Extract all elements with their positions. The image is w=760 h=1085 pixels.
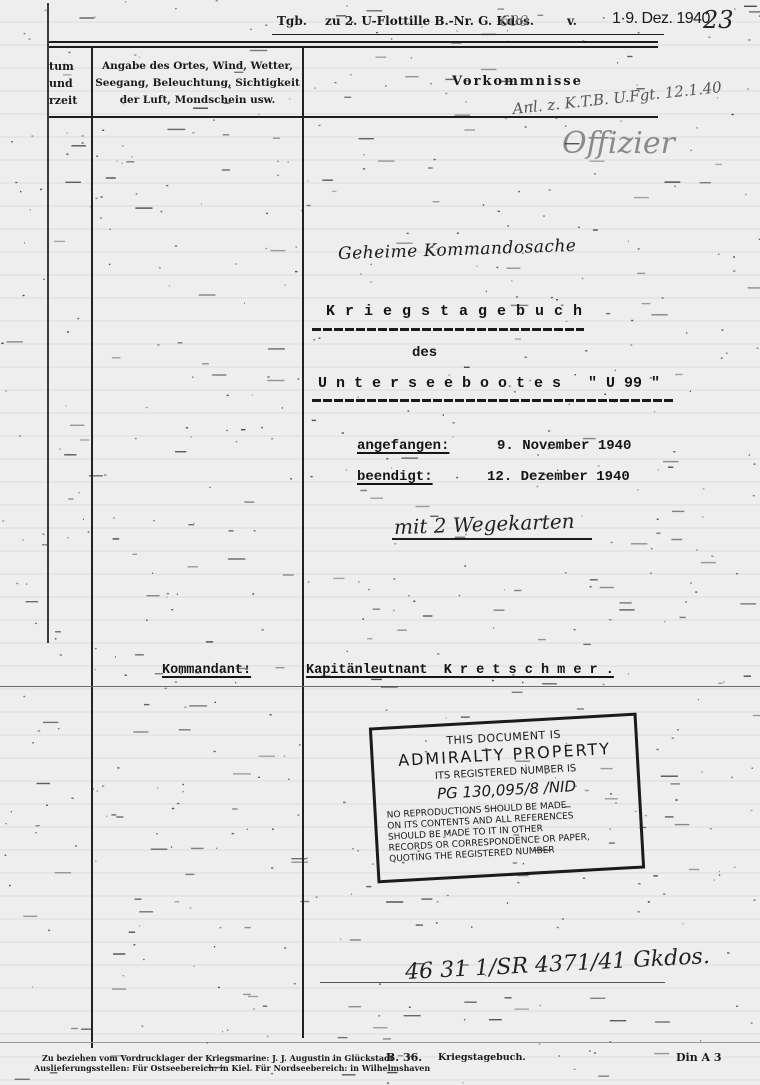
started-label: angefangen: — [357, 438, 449, 454]
footer-rule — [0, 1042, 760, 1043]
document-page: Tgb. zu 2. U-Flottille B.-Nr. G. Kdos. 6… — [0, 0, 760, 1085]
header-bottom-border — [48, 116, 658, 118]
header-col-location-line2: Seegang, Beleuchtung, Sichtigkeit — [95, 75, 300, 92]
header-col-location-line3: der Luft, Mondschein usw. — [95, 92, 300, 109]
register-underline — [320, 982, 665, 983]
v-label: v. — [567, 14, 577, 28]
header-top-border-inner — [48, 46, 658, 48]
handwritten-number: 600 — [500, 12, 529, 30]
commander-value: Kapitänleutnant K r e t s c h m e r . — [306, 663, 614, 678]
header-col-events: Vorkommnisse — [452, 74, 583, 89]
footer-form-number: B. 36. — [386, 1051, 422, 1064]
header-top-border — [48, 41, 658, 43]
title-des: des — [412, 345, 437, 361]
column-border-1 — [91, 48, 93, 1048]
header-col-location-line1: Angabe des Ortes, Wind, Wetter, — [95, 58, 300, 75]
commander-label: Kommandant: — [162, 663, 251, 678]
ended-label: beendigt: — [357, 469, 433, 485]
handwritten-page-number: 23 — [703, 6, 734, 34]
header-col-location: Angabe des Ortes, Wind, Wetter, Seegang,… — [95, 58, 300, 109]
scan-noise — [0, 0, 760, 1085]
header-col-date: tum und rzeit — [49, 58, 89, 109]
classification-stamp: Geheime Kommandosache — [338, 236, 577, 264]
charts-note-underline — [392, 538, 592, 540]
title-boat: U n t e r s e e b o o t e s " U 99 " — [318, 375, 660, 392]
title-underline-1 — [312, 328, 584, 331]
title-underline-2 — [312, 399, 674, 402]
handwritten-charts-note: mit 2 Wegekarten — [394, 509, 575, 539]
header-col-date-line3: rzeit — [49, 92, 89, 109]
header-col-date-line2: und — [49, 75, 89, 92]
header-col-date-line1: tum — [49, 58, 89, 75]
admiralty-property-stamp: THIS DOCUMENT IS ADMIRALTY PROPERTY ITS … — [369, 713, 645, 884]
ended-value: 12. Dezember 1940 — [487, 469, 630, 485]
started-value: 9. November 1940 — [497, 438, 631, 454]
date-received-stamp: 1·9. Dez. 1940 — [612, 10, 710, 28]
tgb-prefix: Tgb. — [277, 14, 307, 28]
footer-paper-size: Din A 3 — [676, 1051, 722, 1064]
title-kriegstagebuch: K r i e g s t a g e b u c h — [326, 303, 583, 320]
handwritten-register-number: 46 31 1/SR 4371/41 Gkdos. — [405, 944, 711, 985]
footer-supplier-line1: Zu beziehen vom Vordrucklager der Kriegs… — [42, 1053, 393, 1063]
handwritten-header-scribble: Offizier — [562, 126, 675, 161]
commander-rule — [0, 686, 760, 687]
column-border-2 — [302, 48, 304, 1038]
footer-form-name: Kriegstagebuch. — [438, 1052, 526, 1063]
stamp-body: NO REPRODUCTIONS SHOULD BE MADE ON ITS C… — [377, 797, 642, 867]
top-underline — [272, 34, 664, 35]
footer-supplier-line2: Auslieferungsstellen: Für Ostseebereich:… — [34, 1063, 430, 1073]
